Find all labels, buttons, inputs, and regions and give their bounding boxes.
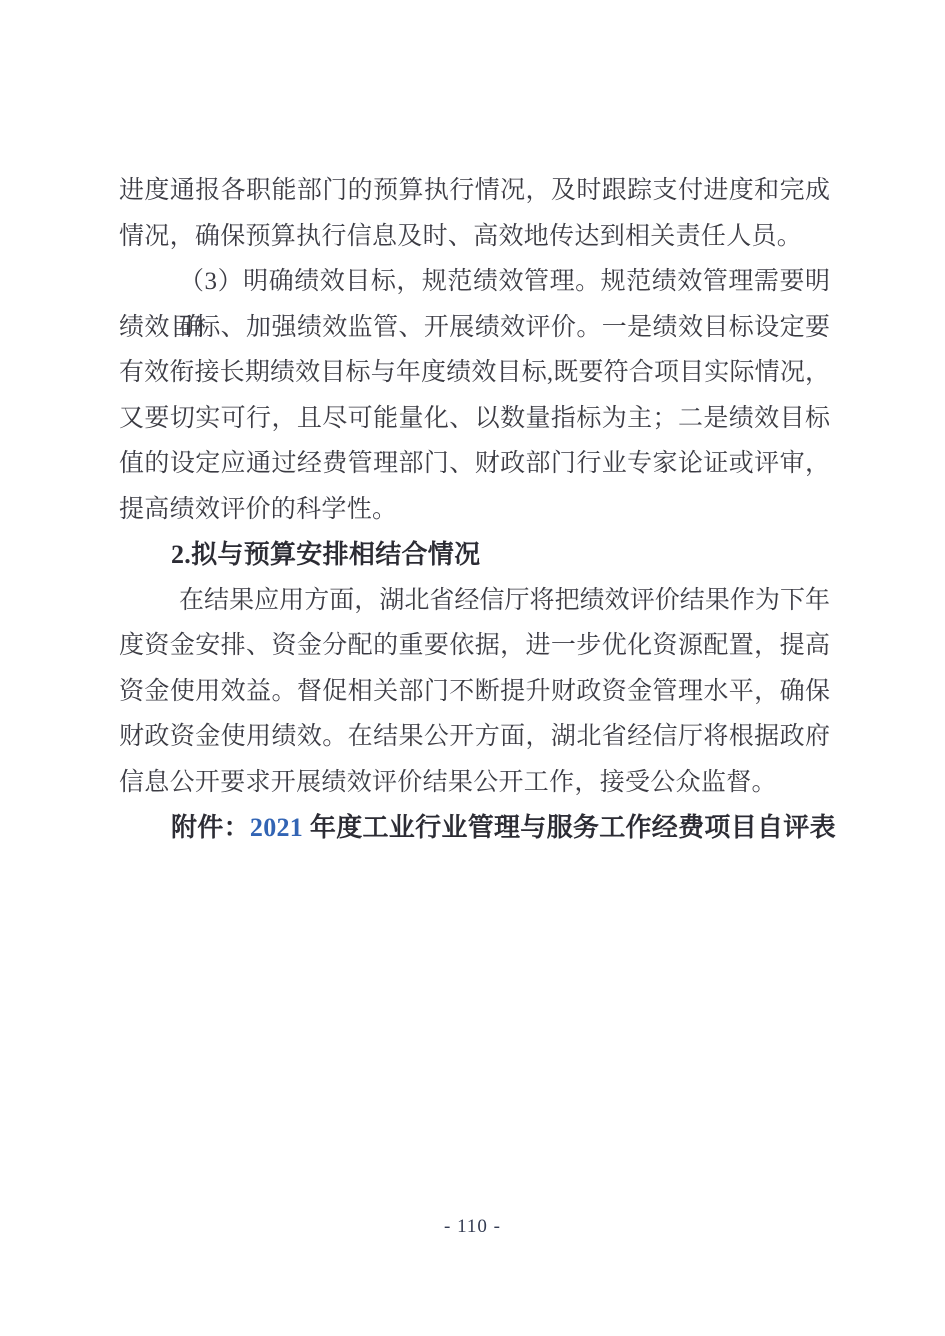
- text-run: 有效衔接长期绩效目标与年度绩效目标,既要符合项目实际情况，: [119, 359, 830, 386]
- text-line: 2.拟与预算安排相结合情况: [119, 532, 830, 578]
- text-run: 进度通报各职能部门的预算执行情况，及时跟踪支付进度和完成: [119, 177, 830, 204]
- text-run: 在结果应用方面，湖北省经信厅将把绩效评价结果作为下年: [179, 587, 830, 614]
- text-line: 附件：2021 年度工业行业管理与服务工作经费项目自评表: [119, 805, 830, 851]
- document-page: 进度通报各职能部门的预算执行情况，及时跟踪支付进度和完成情况，确保预算执行信息及…: [0, 0, 945, 1336]
- text-run: 情况，确保预算执行信息及时、高效地传达到相关责任人员。: [119, 223, 802, 250]
- text-line: （3）明确绩效目标，规范绩效管理。规范绩效管理需要明确: [119, 259, 830, 305]
- text-run: 资金使用效益。督促相关部门不断提升财政资金管理水平，确保: [119, 678, 830, 705]
- text-run: 度资金安排、资金分配的重要依据，进一步优化资源配置，提高: [119, 632, 830, 659]
- page-number: - 110 -: [0, 1216, 945, 1238]
- text-line: 有效衔接长期绩效目标与年度绩效目标,既要符合项目实际情况，: [119, 350, 830, 396]
- text-line: 在结果应用方面，湖北省经信厅将把绩效评价结果作为下年: [119, 578, 830, 624]
- text-line: 资金使用效益。督促相关部门不断提升财政资金管理水平，确保: [119, 669, 830, 715]
- year-accent-text: 2021: [250, 813, 303, 842]
- body-text: 进度通报各职能部门的预算执行情况，及时跟踪支付进度和完成情况，确保预算执行信息及…: [119, 168, 830, 851]
- text-line: 财政资金使用绩效。在结果公开方面，湖北省经信厅将根据政府: [119, 714, 830, 760]
- text-run: 又要切实可行，且尽可能量化、以数量指标为主；二是绩效目标: [119, 405, 830, 432]
- text-run: 2.拟与预算安排相结合情况: [171, 540, 480, 569]
- text-line: 度资金安排、资金分配的重要依据，进一步优化资源配置，提高: [119, 623, 830, 669]
- text-line: 值的设定应通过经费管理部门、财政部门行业专家论证或评审，: [119, 441, 830, 487]
- text-line: 进度通报各职能部门的预算执行情况，及时跟踪支付进度和完成: [119, 168, 830, 214]
- text-run: 绩效目标、加强绩效监管、开展绩效评价。一是绩效目标设定要: [119, 314, 830, 341]
- text-run: 提高绩效评价的科学性。: [119, 496, 397, 523]
- text-line: 情况，确保预算执行信息及时、高效地传达到相关责任人员。: [119, 214, 830, 260]
- text-run: 值的设定应通过经费管理部门、财政部门行业专家论证或评审，: [119, 450, 830, 477]
- text-line: 绩效目标、加强绩效监管、开展绩效评价。一是绩效目标设定要: [119, 305, 830, 351]
- text-line: 提高绩效评价的科学性。: [119, 487, 830, 533]
- text-run: 财政资金使用绩效。在结果公开方面，湖北省经信厅将根据政府: [119, 723, 830, 750]
- text-run: 附件：: [171, 813, 250, 842]
- text-line: 信息公开要求开展绩效评价结果公开工作，接受公众监督。: [119, 760, 830, 806]
- text-line: 又要切实可行，且尽可能量化、以数量指标为主；二是绩效目标: [119, 396, 830, 442]
- text-run: 信息公开要求开展绩效评价结果公开工作，接受公众监督。: [119, 769, 777, 796]
- text-run: 年度工业行业管理与服务工作经费项目自评表: [303, 813, 836, 842]
